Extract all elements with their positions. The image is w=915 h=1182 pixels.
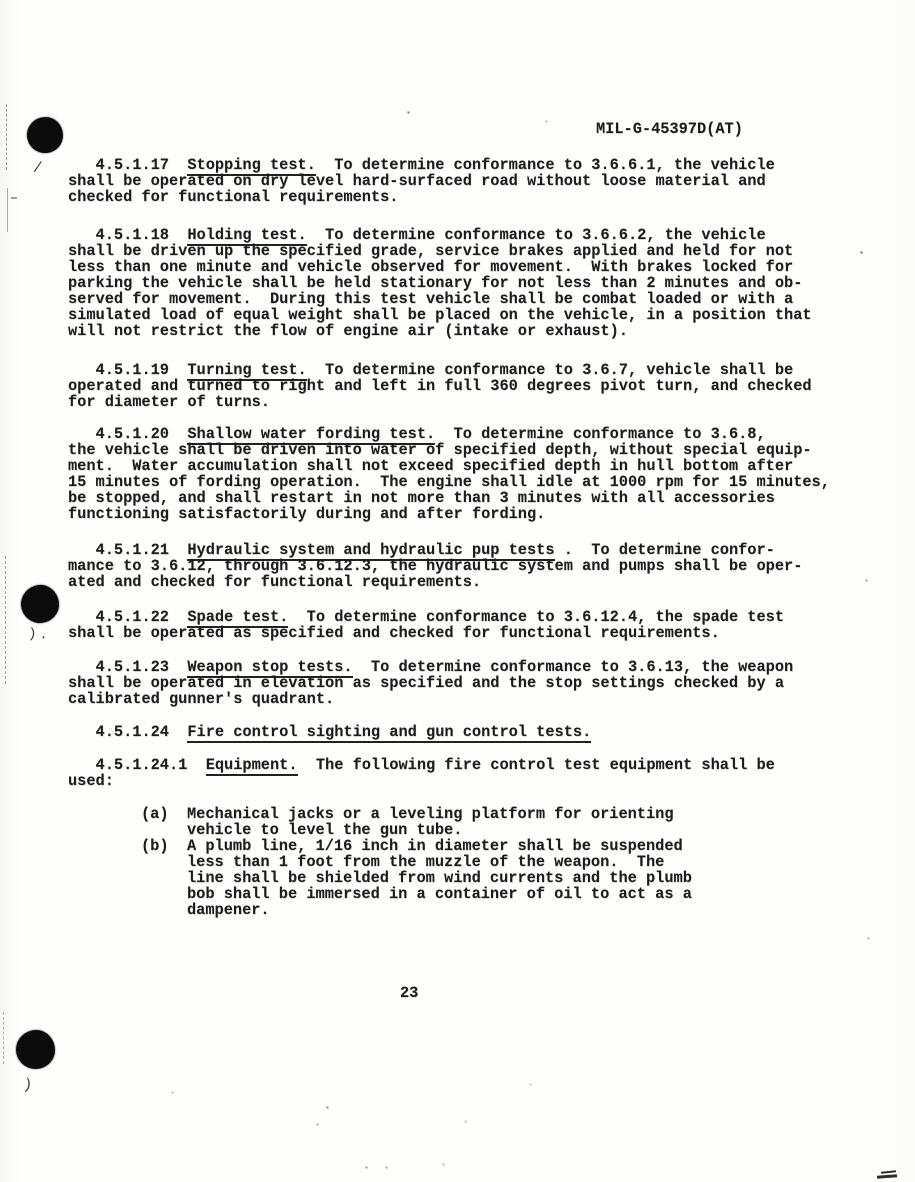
scan-corner-mark [877, 1174, 897, 1178]
paragraph-4-5-1-19-turning-test: 4.5.1.19 Turning test. To determine conf… [68, 362, 880, 410]
scan-edge-artifact [7, 188, 8, 232]
scanned-document-page: MIL-G-45397D(AT) 4.5.1.17 Stopping test.… [0, 0, 915, 1182]
scan-artifact-slash: / [32, 161, 43, 178]
paragraph-4-5-1-17-stopping-test: 4.5.1.17 Stopping test. To determine con… [68, 157, 880, 205]
list-item-label: (b) [141, 838, 169, 854]
paragraph-4-5-1-23-weapon-stop-tests: 4.5.1.23 Weapon stop tests. To determine… [68, 659, 880, 707]
paragraph-4-5-1-22-spade-test: 4.5.1.22 Spade test. To determine confor… [68, 609, 880, 641]
equipment-list-item-a: (a)Mechanical jacks or a leveling platfo… [141, 806, 701, 838]
hole-punch-mark-bottom [16, 1030, 55, 1069]
paragraph-title: Equipment. [206, 756, 298, 776]
equipment-list: (a)Mechanical jacks or a leveling platfo… [141, 806, 701, 918]
scan-corner-mark [881, 1170, 896, 1174]
scan-artifact-paren: ) [22, 1077, 33, 1094]
paragraph-body: To determine conformance to 3.6.6.2, the… [68, 226, 812, 340]
equipment-list-item-b: (b)A plumb line, 1/16 inch in diameter s… [141, 838, 701, 918]
scan-noise-speckles [0, 0, 1, 1]
hole-punch-mark-top [25, 115, 66, 156]
list-item-label: (a) [141, 806, 169, 822]
paragraph-title: Fire control sighting and gun control te… [187, 723, 591, 743]
scan-edge-artifact [6, 104, 7, 170]
list-item-text: A plumb line, 1/16 inch in diameter shal… [187, 837, 692, 919]
page-number: 23 [400, 985, 418, 1001]
scan-artifact-paren-dot: ). [27, 626, 51, 644]
scan-edge-artifact [5, 556, 6, 684]
paragraph-4-5-1-18-holding-test: 4.5.1.18 Holding test. To determine conf… [68, 227, 880, 339]
scan-edge-artifact [3, 1012, 4, 1064]
document-code-header: MIL-G-45397D(AT) [596, 121, 743, 137]
scan-edge-artifact [11, 197, 17, 199]
paragraph-4-5-1-24-1-equipment: 4.5.1.24.1 Equipment. The following fire… [68, 757, 880, 789]
paragraph-number: 4.5.1.24 [68, 723, 187, 741]
paragraph-4-5-1-24-fire-control-tests: 4.5.1.24 Fire control sighting and gun c… [68, 724, 880, 740]
paragraph-4-5-1-21-hydraulic-system-tests: 4.5.1.21 Hydraulic system and hydraulic … [68, 542, 880, 590]
list-item-text: Mechanical jacks or a leveling platform … [187, 805, 674, 839]
hole-punch-mark-middle [19, 583, 61, 625]
paragraph-4-5-1-20-shallow-water-fording-test: 4.5.1.20 Shallow water fording test. To … [68, 426, 880, 522]
